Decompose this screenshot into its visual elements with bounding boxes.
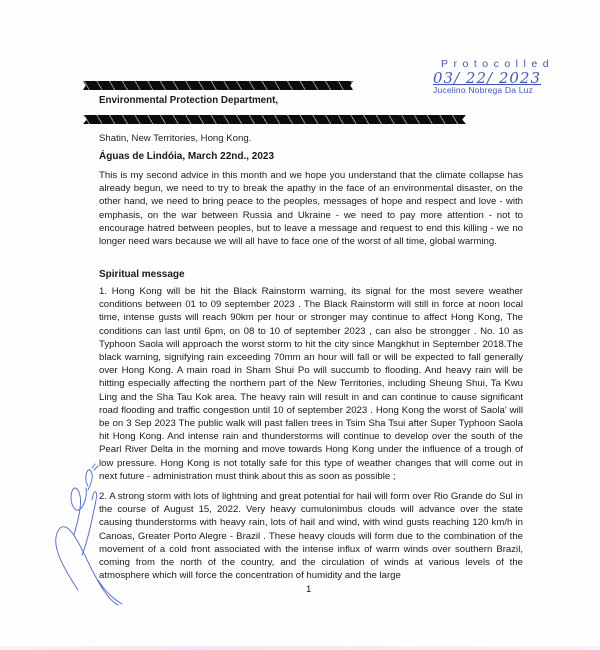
redaction-bar bbox=[83, 115, 466, 124]
handwritten-signature bbox=[48, 460, 128, 610]
page-number: 1 bbox=[306, 584, 311, 595]
addressee: Environmental Protection Department, bbox=[99, 94, 523, 107]
message-item: 1. Hong Kong will be hit the Black Rains… bbox=[99, 285, 523, 483]
section-heading: Spiritual message bbox=[99, 268, 523, 281]
recipient-location: Shatin, New Territories, Hong Kong. bbox=[99, 132, 523, 145]
redaction-bar bbox=[83, 81, 353, 90]
protocol-stamp: Protocolled 03/ 22/ 2023 Jucelino Nobreg… bbox=[433, 58, 583, 98]
intro-paragraph: This is my second advice in this month a… bbox=[99, 169, 523, 248]
letter-dateline: Águas de Lindóia, March 22nd., 2023 bbox=[99, 150, 523, 163]
scan-edge bbox=[0, 646, 600, 650]
scanned-letter-page: Protocolled 03/ 22/ 2023 Jucelino Nobreg… bbox=[0, 0, 600, 650]
message-item: 2. A strong storm with lots of lightning… bbox=[99, 490, 523, 582]
